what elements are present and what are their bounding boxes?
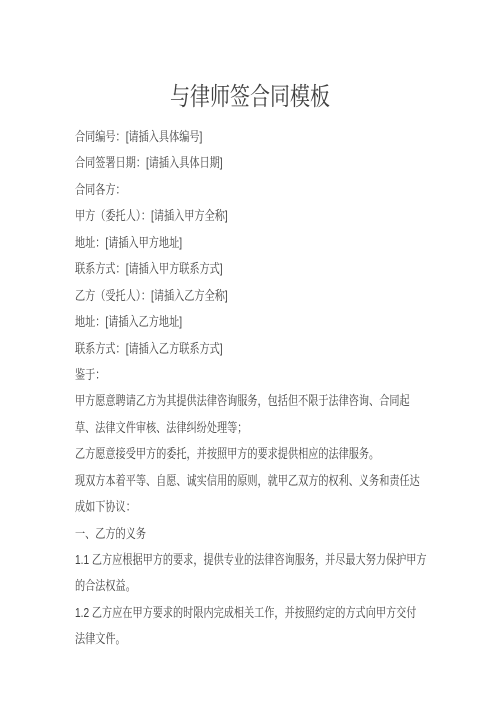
document-page: 与律师签合同模板 合同编号：[请插入具体编号] 合同签署日期：[请插入具体日期]… xyxy=(0,0,500,707)
document-line-whereas-1b: 草、法律文件审核、法律纠纷处理等； xyxy=(75,415,356,441)
document-line-party-b-contact: 联系方式：[请插入乙方联系方式] xyxy=(75,336,356,362)
document-title: 与律师签合同模板 xyxy=(50,82,450,112)
document-line-clause-1-1b: 的合法权益。 xyxy=(75,573,356,599)
document-line-section-1-heading: 一、乙方的义务 xyxy=(75,521,356,547)
document-line-party-b-address: 地址：[请插入乙方地址] xyxy=(75,309,356,335)
document-line-whereas-1a: 甲方愿意聘请乙方为其提供法律咨询服务，包括但不限于法律咨询、合同起 xyxy=(75,388,356,414)
document-line-party-a: 甲方（委托人）：[请插入甲方全称] xyxy=(75,203,356,229)
document-body: 合同编号：[请插入具体编号] 合同签署日期：[请插入具体日期] 合同各方： 甲方… xyxy=(75,124,435,653)
document-line-party-a-contact: 联系方式：[请插入甲方联系方式] xyxy=(75,256,356,282)
document-line-party-b: 乙方（受托人）：[请插入乙方全称] xyxy=(75,283,356,309)
document-line-clause-1-2a: 1.2 乙方应在甲方要求的时限内完成相关工作，并按照约定的方式向甲方交付 xyxy=(75,600,356,626)
document-line-whereas-2: 乙方愿意接受甲方的委托，并按照甲方的要求提供相应的法律服务。 xyxy=(75,441,356,467)
document-line-agreement-1a: 现双方本着平等、自愿、诚实信用的原则，就甲乙双方的权利、义务和责任达 xyxy=(75,468,356,494)
document-line-sign-date: 合同签署日期：[请插入具体日期] xyxy=(75,150,356,176)
document-line-whereas-heading: 鉴于： xyxy=(75,362,356,388)
document-line-clause-1-1a: 1.1 乙方应根据甲方的要求，提供专业的法律咨询服务，并尽最大努力保护甲方 xyxy=(75,547,356,573)
document-line-party-a-address: 地址：[请插入甲方地址] xyxy=(75,230,356,256)
document-line-agreement-1b: 成如下协议： xyxy=(75,494,356,520)
document-line-contract-number: 合同编号：[请插入具体编号] xyxy=(75,124,356,150)
document-line-parties-heading: 合同各方： xyxy=(75,177,356,203)
document-line-clause-1-2b: 法律文件。 xyxy=(75,626,356,652)
